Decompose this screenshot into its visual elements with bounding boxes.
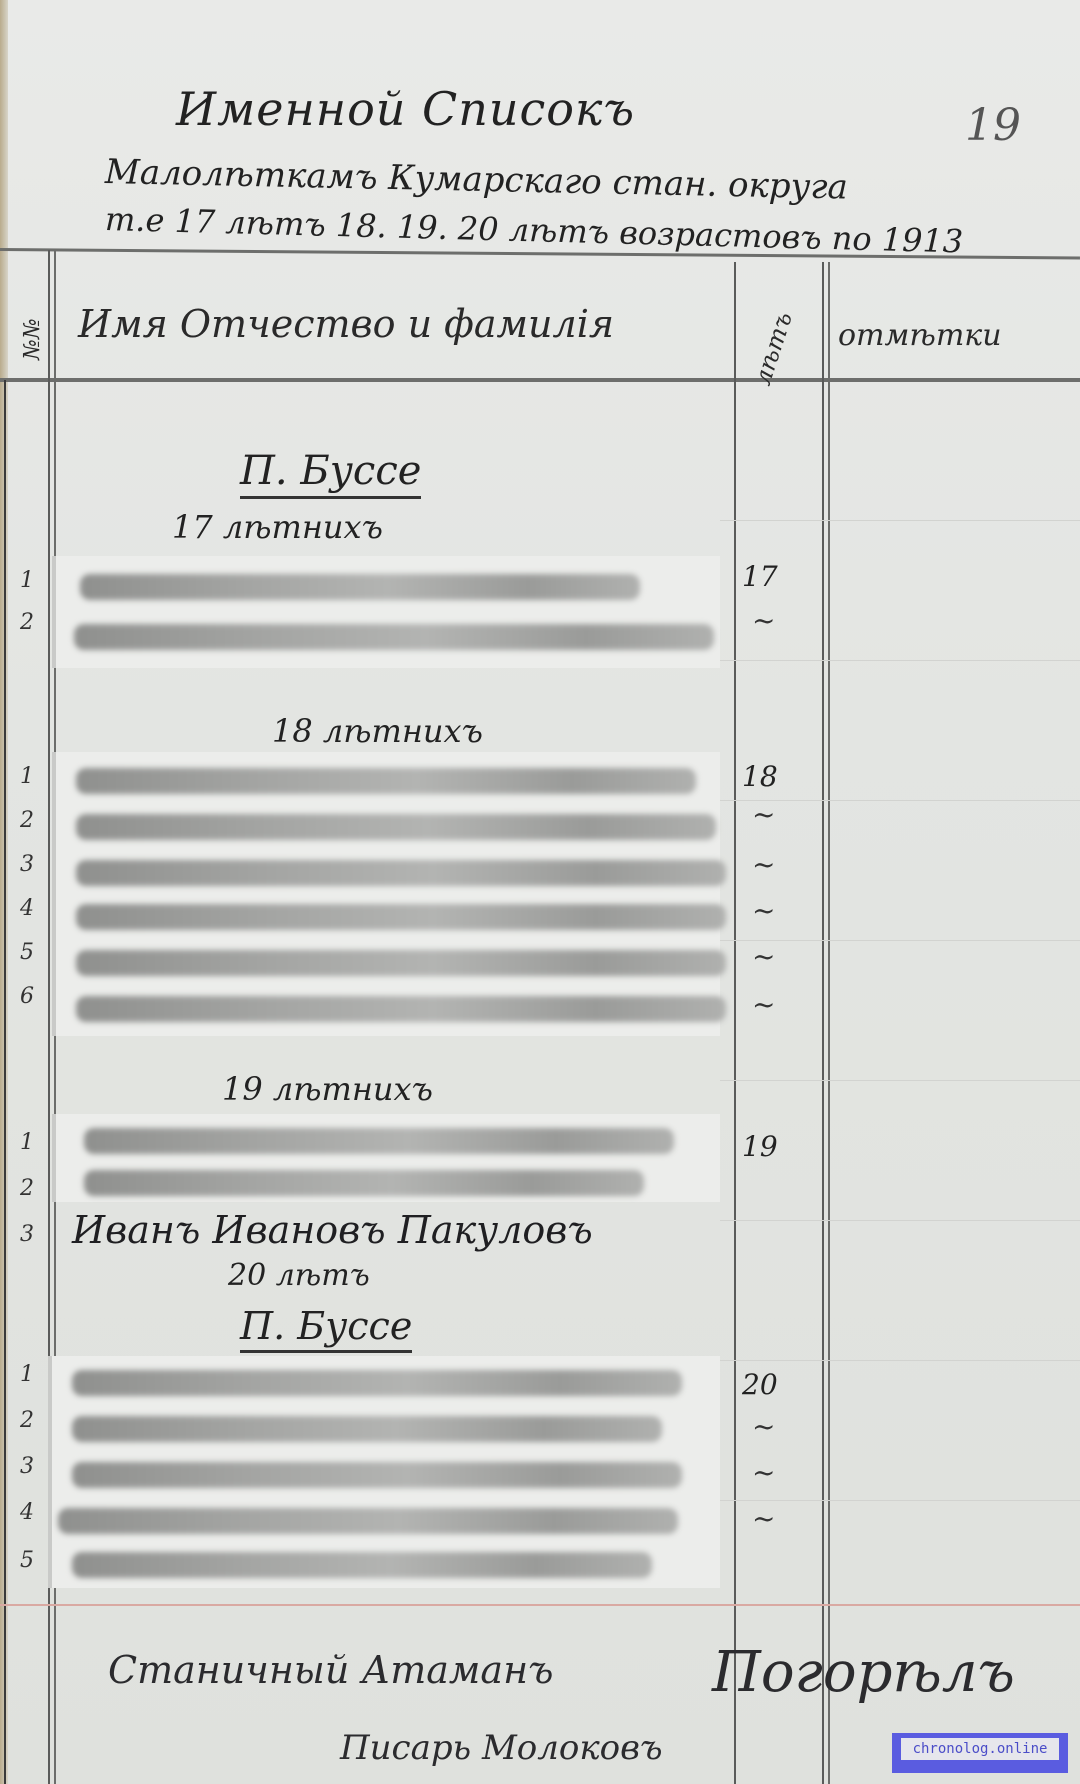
document-title: Именной Списокъ	[176, 82, 635, 136]
blurred-name	[76, 860, 726, 886]
red-margin-rule	[0, 1604, 1080, 1606]
blurred-name	[76, 814, 716, 840]
header-name: Имя Отчество и фамилія	[78, 302, 614, 346]
ataman-signature-label: Станичный Атаманъ	[108, 1648, 553, 1692]
faint-ruling	[720, 520, 1080, 521]
document-subtitle-line1: Малолѣткамъ Кумарскаго стан. округа	[105, 152, 849, 208]
row-number: 1	[20, 764, 34, 789]
blurred-name	[58, 1508, 678, 1534]
ditto-mark: ~	[752, 1502, 775, 1535]
redacted-names-block	[52, 556, 720, 668]
row-number: 5	[20, 940, 34, 965]
blurred-name	[84, 1170, 644, 1196]
section-group-title: 19 лѣтнихъ	[222, 1070, 433, 1108]
age-value: 19	[742, 1130, 778, 1163]
row-number: 2	[20, 1408, 34, 1433]
row-number: 6	[20, 984, 34, 1009]
page-number: 19	[965, 100, 1021, 151]
blurred-name	[72, 1462, 682, 1488]
blurred-name	[76, 996, 726, 1022]
blurred-name	[72, 1370, 682, 1396]
header-age: лѣтъ	[748, 308, 798, 388]
ditto-mark: ~	[752, 848, 775, 881]
age-value: 18	[742, 760, 778, 793]
watermark-badge: chronolog.online	[892, 1733, 1068, 1773]
blurred-name	[80, 574, 640, 600]
ditto-mark: ~	[752, 988, 775, 1021]
section-location: П. Буссе	[240, 448, 421, 499]
blurred-name	[76, 768, 696, 794]
blurred-name	[72, 1416, 662, 1442]
blurred-name	[76, 950, 726, 976]
row-number: 5	[20, 1548, 34, 1573]
document-page: Именной Списокъ 19 Малолѣткамъ Кумарскаг…	[0, 0, 1080, 1784]
header-bottom-rule	[0, 378, 1080, 382]
ditto-mark: ~	[752, 1410, 775, 1443]
row-number: 2	[20, 1176, 34, 1201]
section-group-title: 20 лѣтъ	[228, 1258, 370, 1293]
ataman-signature: Погорѣлъ	[712, 1640, 1015, 1705]
row-number: 1	[20, 1362, 34, 1387]
section-location: П. Буссе	[240, 1304, 412, 1353]
age-column-divider	[822, 262, 824, 1784]
ditto-mark: ~	[752, 604, 775, 637]
row-number: 4	[20, 896, 34, 921]
row-number: 1	[20, 1130, 34, 1155]
ditto-mark: ~	[752, 1456, 775, 1489]
ditto-mark: ~	[752, 894, 775, 927]
header-notes: отмѣтки	[838, 318, 1002, 353]
blurred-name	[84, 1128, 674, 1154]
watermark-text: chronolog.online	[901, 1738, 1059, 1760]
row-number: 3	[20, 1454, 34, 1479]
header-number: №№	[20, 318, 45, 360]
age-value: 17	[742, 560, 778, 593]
age-value: 20	[742, 1368, 778, 1401]
ditto-mark: ~	[752, 940, 775, 973]
faint-ruling	[720, 1080, 1080, 1081]
row-number: 2	[20, 808, 34, 833]
blurred-name	[76, 904, 726, 930]
row-number: 4	[20, 1500, 34, 1525]
faint-ruling	[720, 1500, 1080, 1501]
faint-ruling	[720, 1360, 1080, 1361]
row-number: 2	[20, 610, 34, 635]
clerk-signature: Писарь Молоковъ	[340, 1728, 663, 1768]
ditto-mark: ~	[752, 798, 775, 831]
name-column-divider	[734, 262, 736, 1784]
redacted-names-block	[48, 1356, 720, 1588]
section-group-title: 18 лѣтнихъ	[272, 712, 483, 750]
faint-ruling	[720, 660, 1080, 661]
redacted-names-block	[52, 1114, 720, 1202]
page-left-rule	[4, 380, 6, 1784]
blurred-name	[72, 1552, 652, 1578]
blurred-name	[74, 624, 714, 650]
section-group-title: 17 лѣтнихъ	[172, 508, 383, 546]
row-number: 1	[20, 568, 34, 593]
person-name: Иванъ Ивановъ Пакуловъ	[72, 1208, 593, 1252]
faint-ruling	[720, 1220, 1080, 1221]
redacted-names-block	[52, 752, 720, 1036]
row-number: 3	[20, 852, 34, 877]
row-number: 3	[20, 1222, 34, 1247]
